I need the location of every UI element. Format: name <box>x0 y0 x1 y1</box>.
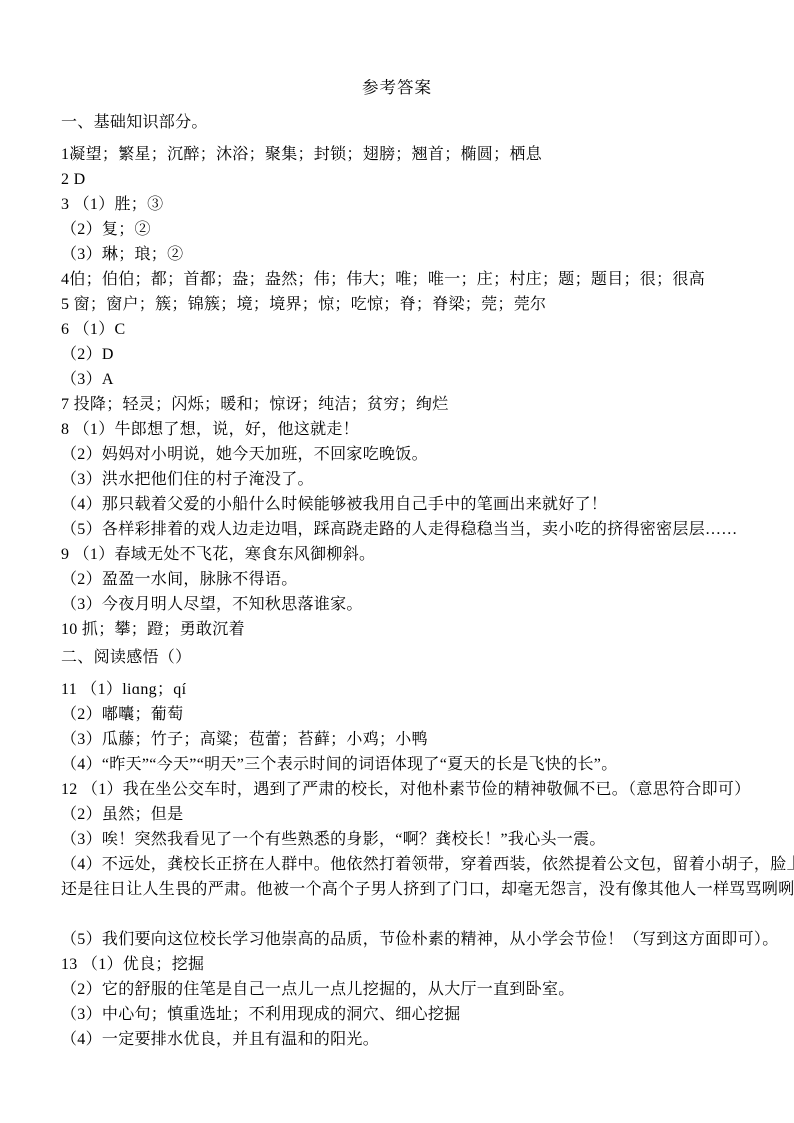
answer-line-continuation: 还是往日让人生畏的严肃。他被一个高个子男人挤到了门口，却毫无怨言，没有像其他人一… <box>61 877 754 902</box>
answer-line: （4）一定要排水优良，并且有温和的阳光。 <box>61 1027 754 1052</box>
answer-line: （2）它的舒服的住笔是自己一点儿一点儿挖掘的，从大厅一直到卧室。 <box>61 977 754 1002</box>
answer-line: 4伯；伯伯；都；首都；盎；盎然；伟；伟大；唯；唯一；庄；村庄；题；题目；很；很高 <box>61 267 754 292</box>
document-page: 参考答案 一、基础知识部分。1凝望；繁星；沉醉；沐浴；聚集；封锁；翅膀；翘首；椭… <box>0 0 794 1123</box>
answer-line: （3）中心句；慎重选址；不利用现成的洞穴、细心挖掘 <box>61 1002 754 1027</box>
answer-line: 7 投降；轻灵；闪烁；暖和；惊讶；纯洁；贫穷；绚烂 <box>61 392 754 417</box>
answer-line: （2）D <box>61 342 754 367</box>
answer-line: 2 D <box>61 167 754 192</box>
answer-line: （4）那只载着父爱的小船什么时候能够被我用自己手中的笔画出来就好了！ <box>61 492 754 517</box>
answer-line: 6 （1）C <box>61 317 754 342</box>
answer-line: （4）不远处，龚校长正挤在人群中。他依然打着领带，穿着西装，依然提着公文包，留着… <box>61 852 754 877</box>
answer-line: （4）“昨天”“今天”“明天”三个表示时间的词语体现了“夏天的长是飞快的长”。 <box>61 752 754 777</box>
answer-line: （3）瓜藤；竹子；高粱；苞蕾；苔藓；小鸡；小鸭 <box>61 727 754 752</box>
answer-line: 12 （1）我在坐公交车时，遇到了严肃的校长，对他朴素节俭的精神敬佩不已。（意思… <box>61 777 754 802</box>
answer-line: （2）盈盈一水间，脉脉不得语。 <box>61 567 754 592</box>
answer-line: （3）今夜月明人尽望，不知秋思落谁家。 <box>61 592 754 617</box>
answer-line: （2）嘟囔；葡萄 <box>61 702 754 727</box>
answer-line: （3）琳；琅；② <box>61 242 754 267</box>
answer-line: 10 抓；攀；蹬；勇敢沉着 <box>61 617 754 642</box>
answer-line: 9 （1）春域无处不飞花，寒食东风御柳斜。 <box>61 542 754 567</box>
answer-line: （3）唉！突然我看见了一个有些熟悉的身影，“啊？龚校长！”我心头一震。 <box>61 827 754 852</box>
answer-line: 1凝望；繁星；沉醉；沐浴；聚集；封锁；翅膀；翘首；椭圆；栖息 <box>61 142 754 167</box>
answer-line: （3）洪水把他们住的村子淹没了。 <box>61 467 754 492</box>
section-heading: 二、阅读感悟（） <box>61 645 754 670</box>
answer-line: （2）复；② <box>61 217 754 242</box>
page-title: 参考答案 <box>0 0 794 98</box>
answer-line: 5 窗；窗户；簇；锦簇；境；境界；惊；吃惊；脊；脊梁；莞；莞尔 <box>61 292 754 317</box>
answer-line: （5）我们要向这位校长学习他崇高的品质，节俭朴素的精神，从小学会节俭！（写到这方… <box>61 927 754 952</box>
answer-list: 一、基础知识部分。1凝望；繁星；沉醉；沐浴；聚集；封锁；翅膀；翘首；椭圆；栖息2… <box>0 110 794 1052</box>
answer-line: （3）A <box>61 367 754 392</box>
answer-line: 3 （1）胜；③ <box>61 192 754 217</box>
answer-line: 11 （1）liɑng；qí <box>61 677 754 702</box>
section-heading: 一、基础知识部分。 <box>61 110 754 135</box>
answer-line: 13 （1）优良；挖掘 <box>61 952 754 977</box>
answer-line: （2）虽然；但是 <box>61 802 754 827</box>
answer-line: （5）各样彩排着的戏人边走边唱，踩高跷走路的人走得稳稳当当，卖小吃的挤得密密层层… <box>61 517 754 542</box>
blank-line <box>61 902 754 927</box>
answer-line: （2）妈妈对小明说，她今天加班，不回家吃晚饭。 <box>61 442 754 467</box>
answer-line: 8 （1）牛郎想了想，说，好，他这就走！ <box>61 417 754 442</box>
